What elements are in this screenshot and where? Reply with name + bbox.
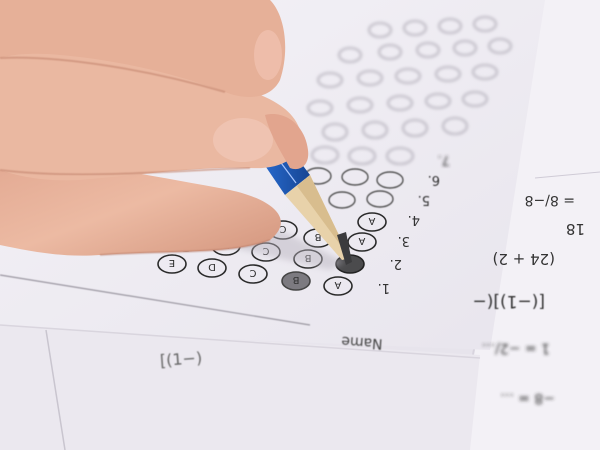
name-label: Name bbox=[341, 333, 383, 352]
svg-text:A: A bbox=[334, 279, 341, 290]
svg-text:6.: 6. bbox=[428, 172, 440, 187]
hand bbox=[0, 0, 308, 256]
svg-text:3.: 3. bbox=[398, 233, 410, 248]
svg-text:1 = −2/...: 1 = −2/... bbox=[482, 340, 550, 356]
svg-text:A: A bbox=[358, 235, 365, 246]
scene-illustration: A A A B B B C C C D D D E E 1. 2. 3. 4. … bbox=[0, 0, 600, 450]
bottom-fragment: [(1−) bbox=[159, 348, 203, 370]
svg-text:4.: 4. bbox=[408, 212, 420, 227]
svg-text:1.: 1. bbox=[378, 280, 390, 295]
photo-scene: A A A B B B C C C D D D E E 1. 2. 3. 4. … bbox=[0, 0, 600, 450]
svg-text:D: D bbox=[208, 261, 216, 272]
svg-text:2.: 2. bbox=[390, 256, 402, 271]
svg-text:E: E bbox=[169, 257, 175, 268]
svg-text:C: C bbox=[249, 267, 256, 278]
svg-text:7.: 7. bbox=[438, 152, 450, 167]
svg-text:−8 = ...: −8 = ... bbox=[500, 390, 555, 406]
svg-text:= 8/−8: = 8/−8 bbox=[525, 192, 575, 208]
svg-text:5.: 5. bbox=[418, 192, 430, 207]
svg-text:18: 18 bbox=[566, 220, 585, 238]
svg-text:B: B bbox=[292, 274, 299, 285]
svg-text:[(−1)](−: [(−1)](− bbox=[473, 291, 545, 311]
svg-text:A: A bbox=[368, 215, 375, 226]
svg-text:(24 + 2): (24 + 2) bbox=[493, 250, 555, 268]
